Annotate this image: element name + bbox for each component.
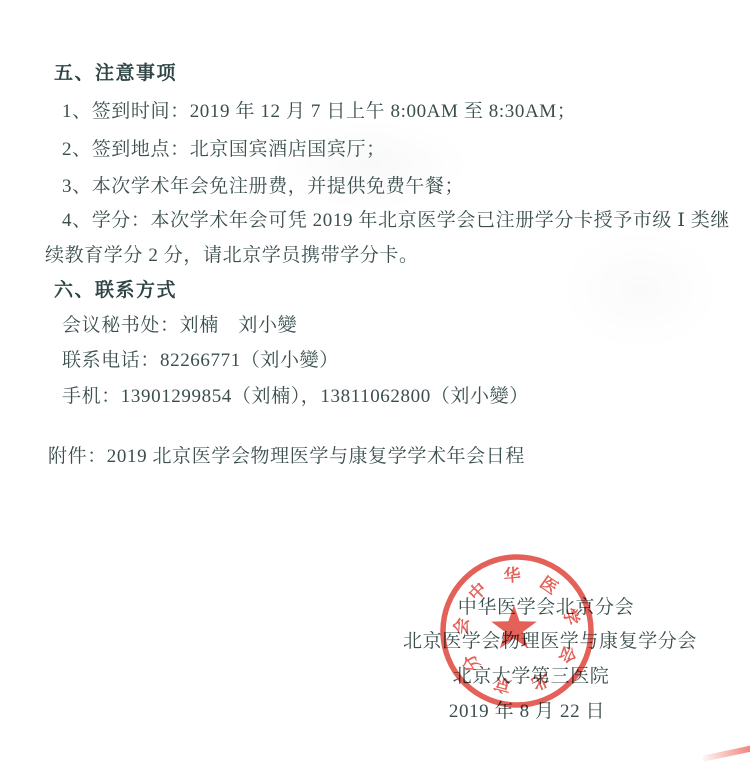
contact-secretariat: 会议秘书处：刘楠 刘小變 [62, 314, 297, 338]
seal-char: 会 [451, 617, 472, 636]
seal-char: 北 [529, 669, 552, 693]
scan-smudge [560, 230, 720, 350]
seal-char: 医 [536, 573, 561, 598]
seal-char: 京 [492, 673, 514, 697]
seal-char: 华 [503, 565, 522, 586]
seal-char: 会 [555, 643, 580, 667]
official-seal-stamp: 中 华 医 学 会 北 京 分 会 [436, 550, 600, 714]
section-5-heading: 五、注意事项 [54, 62, 177, 86]
document-page: 五、注意事项 1、签到时间：2019 年 12 月 7 日上午 8:00AM 至… [0, 0, 750, 774]
seal-char: 中 [464, 578, 490, 604]
red-ink-streak [702, 744, 750, 762]
contact-mobile: 手机：13901299854（刘楠），13811062800（刘小變） [62, 385, 529, 409]
seal-char: 学 [559, 606, 583, 628]
notice-item-2: 2、签到地点：北京国宾酒店国宾厅； [62, 138, 386, 162]
notice-item-3: 3、本次学术年会免注册费，并提供免费午餐； [62, 175, 464, 199]
section-6-heading: 六、联系方式 [54, 279, 177, 303]
notice-item-1: 1、签到时间：2019 年 12 月 7 日上午 8:00AM 至 8:30AM… [62, 100, 576, 124]
notice-item-4-line-2: 续教育学分 2 分，请北京学员携带学分卡。 [45, 244, 419, 268]
attachment-line: 附件：2019 北京医学会物理医学与康复学学术年会日程 [48, 445, 525, 469]
star-icon [491, 605, 537, 648]
notice-item-4-line-1: 4、学分：本次学术年会可凭 2019 年北京医学会已注册学分卡授予市级 Ⅰ 类继 [62, 209, 730, 233]
seal-char: 分 [458, 650, 484, 675]
contact-phone: 联系电话：82266771（刘小變） [62, 349, 339, 373]
